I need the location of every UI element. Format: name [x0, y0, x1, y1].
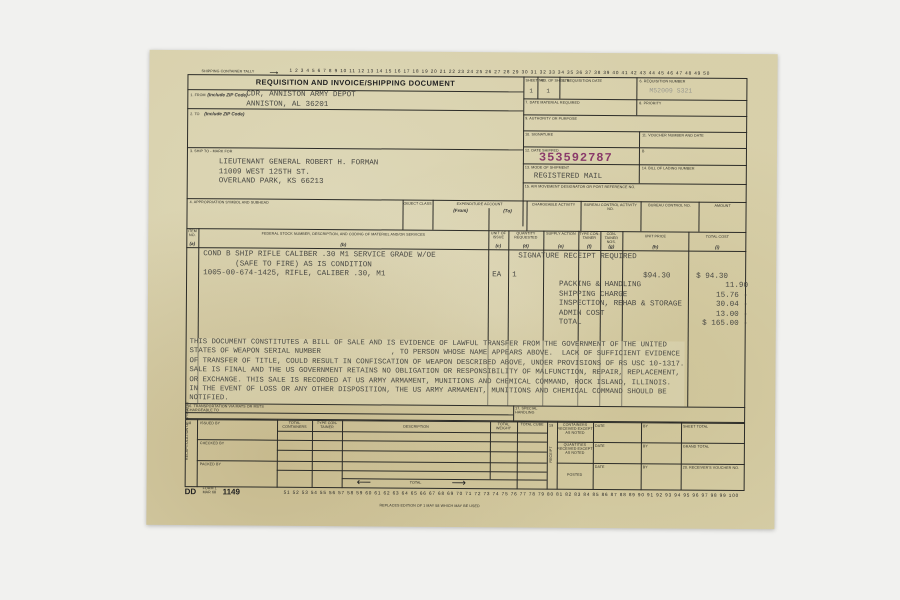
- signature-receipt-note: SIGNATURE RECEIPT REQUIRED: [518, 252, 637, 262]
- no-of-sheets-value: 1: [546, 87, 550, 97]
- date-required-label: 7. DATE MATERIAL REQUIRED: [525, 100, 579, 104]
- charges-labels: PACKING & HANDLING SHIPPING CHARGE INSPE…: [559, 281, 682, 329]
- expenditure-to: (To): [489, 208, 527, 213]
- appropriation-label: 4. APPROPRIATION SYMBOL AND SUBHEAD: [190, 200, 269, 205]
- from-line-1: CDR, ANNISTON ARMY DEPOT: [246, 90, 355, 100]
- arrow-right-icon: ⟶: [452, 478, 466, 489]
- ship-to-line-3: OVERLAND PARK, KS 66213: [219, 177, 379, 188]
- tally-label: SHIPPING CONTAINER TALLY: [202, 69, 255, 73]
- req-date-label: 5. REQUISITION DATE: [562, 79, 602, 83]
- grand-total-label: GRAND TOTAL: [683, 445, 709, 449]
- item-desc-line-3: 1005-00-674-1425, RIFLE, CALIBER .30, M1: [203, 269, 435, 280]
- to-zip-hint: (Include ZIP Code): [204, 111, 244, 116]
- col-code-g: (g): [600, 244, 622, 249]
- item-unit: EA: [492, 271, 501, 281]
- total-weight-label: TOTAL WEIGHT: [490, 423, 517, 431]
- col-code-i: (i): [688, 245, 746, 250]
- by-label: BY: [643, 424, 648, 428]
- charge-label: TOTAL: [559, 319, 682, 329]
- issued-by-label: ISSUED BY: [200, 421, 220, 425]
- col-total-cost: TOTAL COST: [688, 235, 746, 239]
- bill-of-sale-statement: THIS DOCUMENT CONSTITUTES A BILL OF SALE…: [189, 338, 684, 407]
- object-class-label: OBJECT CLASS: [403, 202, 433, 206]
- ship-to-address: LIEUTENANT GENERAL ROBERT H. FORMAN 1100…: [219, 158, 379, 188]
- sheet-total-label: SHEET TOTAL: [683, 425, 708, 429]
- item-quantity: 1: [512, 271, 517, 281]
- receipt-label: RECEIPT: [549, 446, 553, 462]
- col-code-h: (h): [622, 244, 688, 249]
- charge-amount: 13.00 -: [688, 310, 748, 320]
- bureau-control-label: BUREAU CONTROL NO.: [641, 203, 699, 207]
- quantities-received-label: QUANTITIES RECEIVED EXCEPT AS NOTED: [557, 444, 593, 456]
- expenditure-label: EXPENDITURE ACCOUNT: [433, 202, 527, 207]
- posted-label: POSTED: [557, 473, 593, 477]
- item-description: COND B SHIP RIFLE CALIBER .30 M1 SERVICE…: [203, 250, 436, 280]
- col-code-a: (a): [186, 241, 198, 246]
- voucher-label: 11. VOUCHER NUMBER AND DATE: [642, 133, 704, 137]
- bill-lading-label: 14. BILL OF LADING NUMBER: [642, 166, 695, 170]
- by-label: BY: [643, 444, 648, 448]
- form-prefix: DD: [185, 487, 197, 496]
- date-label: DATE: [595, 465, 605, 469]
- charges-amounts: 11.90 15.76 - 30.04 - 13.00 - $ 165.00 -: [688, 282, 748, 330]
- document-paper: SHIPPING CONTAINER TALLY ⟶ 1 2 3 4 5 6 7…: [146, 50, 777, 529]
- mode-label: 13. MODE OF SHIPMENT: [525, 165, 569, 169]
- replaces-note: REPLACES EDITION OF 1 MAY 58 WHICH MAY B…: [379, 503, 479, 508]
- expenditure-from: (From): [433, 208, 489, 213]
- charge-amount: $ 165.00 -: [688, 320, 748, 330]
- authority-label: 9. AUTHORITY OR PURPOSE: [525, 116, 577, 120]
- col-code-e: (e): [543, 244, 578, 249]
- recap-label: RECAPITULATION OF SHIPMENT: [185, 410, 189, 460]
- receiver-voucher-label: 20. RECEIVER'S VOUCHER NO.: [683, 466, 739, 470]
- priority-label: 8. PRIORITY: [639, 101, 661, 105]
- form-label: FORM 1 MAR 68: [203, 487, 219, 495]
- from-zip-hint: (Include ZIP Code): [207, 92, 247, 97]
- col-supply-action: SUPPLY ACTION: [543, 233, 578, 237]
- signature-label: 10. SIGNATURE: [525, 132, 553, 136]
- req-number-label: 6. REQUISITION NUMBER: [639, 79, 685, 83]
- from-address: CDR, ANNISTON ARMY DEPOT ANNISTON, AL 36…: [246, 90, 356, 110]
- ship-to-line-1: LIEUTENANT GENERAL ROBERT H. FORMAN: [219, 158, 379, 169]
- date-label: DATE: [595, 424, 605, 428]
- ship-to-label: 3. SHIP TO - MARK FOR: [190, 149, 232, 153]
- col-container-nos: CON-TAINER NOS.: [600, 233, 622, 245]
- amount-label: AMOUNT: [699, 204, 747, 208]
- bureau-activity-label: BUREAU CONTROL ACTIVITY NO.: [581, 203, 641, 211]
- type-container-label: TYPE CON-TAINER: [312, 422, 342, 430]
- col-unit-price: UNIT PRICE: [622, 234, 688, 238]
- packed-by-label: PACKED BY: [200, 462, 221, 466]
- charge-amount: 11.90: [688, 282, 748, 292]
- from-label: 1. FROM: [190, 93, 205, 97]
- charge-label: PACKING & HANDLING: [559, 281, 682, 291]
- col-quantity: QUANTITY REQUESTED: [508, 232, 543, 240]
- containers-received-label: CONTAINERS RECEIVED EXCEPT AS NOTED: [557, 424, 593, 436]
- col-code-c: (c): [488, 243, 508, 248]
- special-handling-label: 17. SPECIAL HANDLING: [515, 407, 555, 415]
- req-number-value: M52009 S321: [649, 86, 692, 96]
- air-movement-label: 15. AIR MOVEMENT DESIGNATOR OR PORT REFE…: [525, 184, 636, 189]
- col-unit-issue: UNIT OF ISSUE: [488, 232, 508, 240]
- sheet-no-value: 1: [529, 86, 533, 96]
- tally-numbers-bottom: 51 52 53 54 55 56 57 58 59 60 61 62 63 6…: [284, 490, 740, 498]
- receipt-number: 19: [549, 424, 553, 428]
- to-label: 2. TO: [190, 112, 199, 116]
- col-code-f: (f): [578, 244, 600, 249]
- col-code-d: (d): [508, 243, 543, 248]
- date-label: DATE: [595, 444, 605, 448]
- charge-amount: 30.04 -: [688, 301, 748, 311]
- checked-by-label: CHECKED BY: [200, 441, 224, 445]
- charge-amount: 15.76 -: [688, 291, 748, 301]
- charge-label: INSPECTION, REHAB & STORAGE: [559, 300, 682, 310]
- by-label: BY: [643, 465, 648, 469]
- chargeable-label: CHARGEABLE ACTIVITY: [527, 202, 581, 206]
- total-containers-label: TOTAL CONTAINERS: [277, 422, 312, 430]
- total-cube-label: TOTAL CUBE: [517, 423, 547, 427]
- b-label: B: [642, 149, 645, 153]
- col-type-container: TYPE CON-TAINER: [578, 233, 600, 241]
- mode-value: REGISTERED MAIL: [534, 172, 602, 182]
- form-number: 1149: [223, 487, 240, 496]
- col-item-no: ITEM NO.: [186, 230, 198, 238]
